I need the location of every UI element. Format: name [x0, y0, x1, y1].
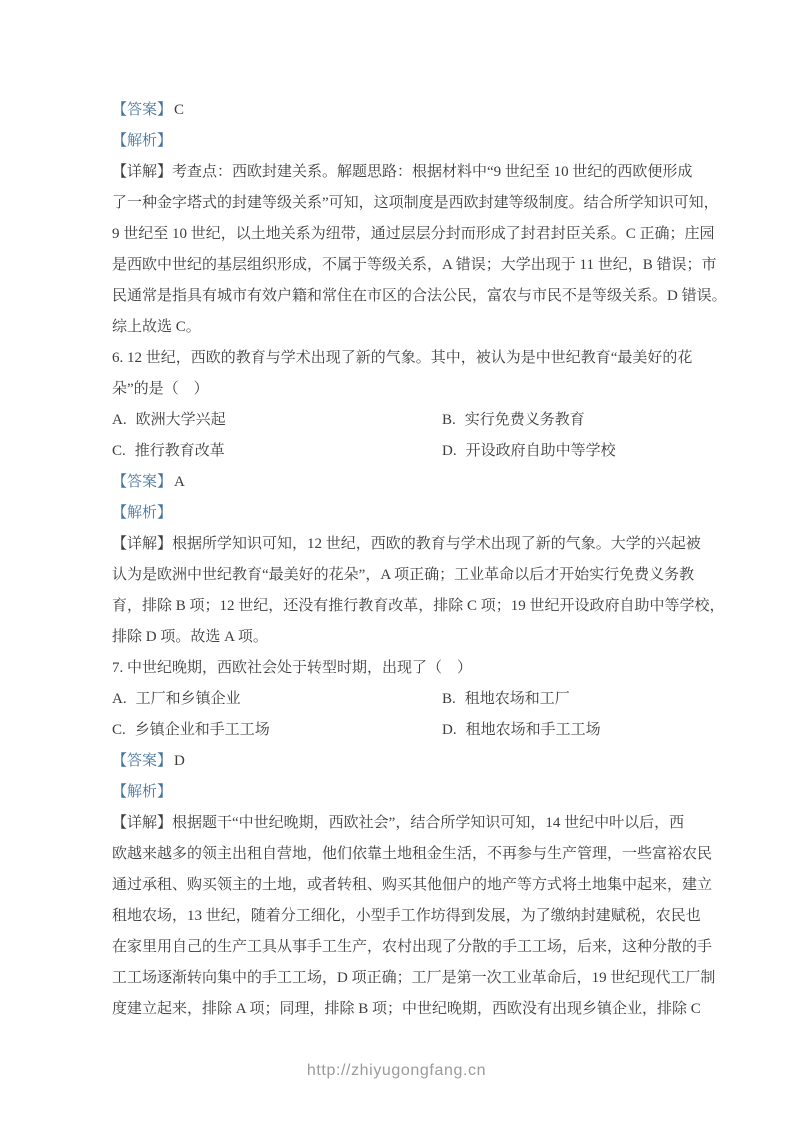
analysis-row: 【解析】 — [112, 498, 697, 529]
option-a: A.工厂和乡镇企业 — [112, 684, 442, 715]
option-text: 租地农场和工厂 — [465, 691, 570, 707]
explanation-line: 是西欧中世纪的基层组织形成，不属于等级关系，A 错误；大学出现于 11 世纪，B… — [112, 250, 697, 281]
analysis-row: 【解析】 — [112, 126, 697, 157]
analysis-label: 【解析】 — [112, 784, 172, 800]
question-text: 7. 中世纪晚期，西欧社会处于转型时期，出现了（ ） — [112, 653, 697, 684]
option-text: 开设政府自助中等学校 — [466, 443, 616, 459]
explanation-line: 【详解】考查点：西欧封建关系。解题思路：根据材料中“9 世纪至 10 世纪的西欧… — [112, 157, 697, 188]
option-row: C.推行教育改革D.开设政府自助中等学校 — [112, 436, 697, 467]
answer-value: D — [174, 753, 185, 769]
option-c: C.推行教育改革 — [112, 436, 442, 467]
explanation-line: 【详解】根据所学知识可知，12 世纪，西欧的教育与学术出现了新的气象。大学的兴起… — [112, 529, 697, 560]
option-text: 乡镇企业和手工工场 — [135, 722, 270, 738]
analysis-label: 【解析】 — [112, 505, 172, 521]
analysis-row: 【解析】 — [112, 777, 697, 808]
question-text: 6. 12 世纪，西欧的教育与学术出现了新的气象。其中，被认为是中世纪教育“最美… — [112, 343, 697, 374]
option-letter: A. — [112, 412, 127, 428]
explanation-line: 欧越来越多的领主出租自营地，他们依靠土地租金生活，不再参与生产管理，一些富裕农民 — [112, 839, 697, 870]
option-b: B.实行免费义务教育 — [442, 405, 585, 436]
explanation-line: 通过承租、购买领主的土地，或者转租、购买其他佃户的地产等方式将土地集中起来，建立 — [112, 870, 697, 901]
option-text: 实行免费义务教育 — [465, 412, 585, 428]
answer-value: A — [174, 474, 185, 490]
answer-row: 【答案】D — [112, 746, 697, 777]
answer-label: 【答案】 — [112, 753, 172, 769]
option-a: A.欧洲大学兴起 — [112, 405, 442, 436]
option-text: 推行教育改革 — [135, 443, 225, 459]
option-c: C.乡镇企业和手工工场 — [112, 715, 442, 746]
answer-row: 【答案】A — [112, 467, 697, 498]
explanation-line: 在家里用自己的生产工具从事手工生产，农村出现了分散的手工工场，后来，这种分散的手 — [112, 932, 697, 963]
option-row: A.工厂和乡镇企业B.租地农场和工厂 — [112, 684, 697, 715]
option-row: A.欧洲大学兴起B.实行免费义务教育 — [112, 405, 697, 436]
option-letter: B. — [442, 412, 456, 428]
explanation-line: 【详解】根据题干“中世纪晚期，西欧社会”，结合所学知识可知，14 世纪中叶以后，… — [112, 808, 697, 839]
footer-url: http://zhiyugongfang.cn — [307, 1062, 486, 1079]
answer-value: C — [174, 102, 184, 118]
explanation-line: 9 世纪至 10 世纪，以土地关系为纽带，通过层层分封而形成了封君封臣关系。C … — [112, 219, 697, 250]
document-content: 【答案】C【解析】【详解】考查点：西欧封建关系。解题思路：根据材料中“9 世纪至… — [112, 95, 697, 1025]
explanation-line: 民通常是指具有城市有效户籍和常住在市区的合法公民，富农与市民不是等级关系。D 错… — [112, 281, 697, 312]
explanation-line: 综上故选 C。 — [112, 312, 697, 343]
option-d: D.租地农场和手工工场 — [442, 715, 601, 746]
explanation-line: 了一种金字塔式的封建等级关系”可知，这项制度是西欧封建等级制度。结合所学知识可知… — [112, 188, 697, 219]
explanation-line: 度建立起来，排除 A 项；同理，排除 B 项；中世纪晚期，西欧没有出现乡镇企业，… — [112, 994, 697, 1025]
option-row: C.乡镇企业和手工工场D.租地农场和手工工场 — [112, 715, 697, 746]
analysis-label: 【解析】 — [112, 133, 172, 149]
option-letter: B. — [442, 691, 456, 707]
document-page: 【答案】C【解析】【详解】考查点：西欧封建关系。解题思路：根据材料中“9 世纪至… — [0, 0, 793, 1122]
footer: http://zhiyugongfang.cn — [0, 1062, 793, 1080]
option-text: 工厂和乡镇企业 — [136, 691, 241, 707]
option-letter: C. — [112, 722, 126, 738]
answer-label: 【答案】 — [112, 474, 172, 490]
option-b: B.租地农场和工厂 — [442, 684, 570, 715]
explanation-line: 租地农场，13 世纪，随着分工细化，小型手工作坊得到发展，为了缴纳封建赋税，农民… — [112, 901, 697, 932]
explanation-line: 工工场逐渐转向集中的手工工场，D 项正确；工厂是第一次工业革命后，19 世纪现代… — [112, 963, 697, 994]
option-text: 欧洲大学兴起 — [136, 412, 226, 428]
explanation-line: 育，排除 B 项；12 世纪，还没有推行教育改革，排除 C 项；19 世纪开设政… — [112, 591, 697, 622]
option-text: 租地农场和手工工场 — [466, 722, 601, 738]
question-text: 朵”的是（ ） — [112, 374, 697, 405]
explanation-line: 认为是欧洲中世纪教育“最美好的花朵”，A 项正确；工业革命以后才开始实行免费义务… — [112, 560, 697, 591]
option-letter: C. — [112, 443, 126, 459]
option-letter: A. — [112, 691, 127, 707]
answer-label: 【答案】 — [112, 102, 172, 118]
option-d: D.开设政府自助中等学校 — [442, 436, 616, 467]
option-letter: D. — [442, 443, 457, 459]
answer-row: 【答案】C — [112, 95, 697, 126]
explanation-line: 排除 D 项。故选 A 项。 — [112, 622, 697, 653]
option-letter: D. — [442, 722, 457, 738]
